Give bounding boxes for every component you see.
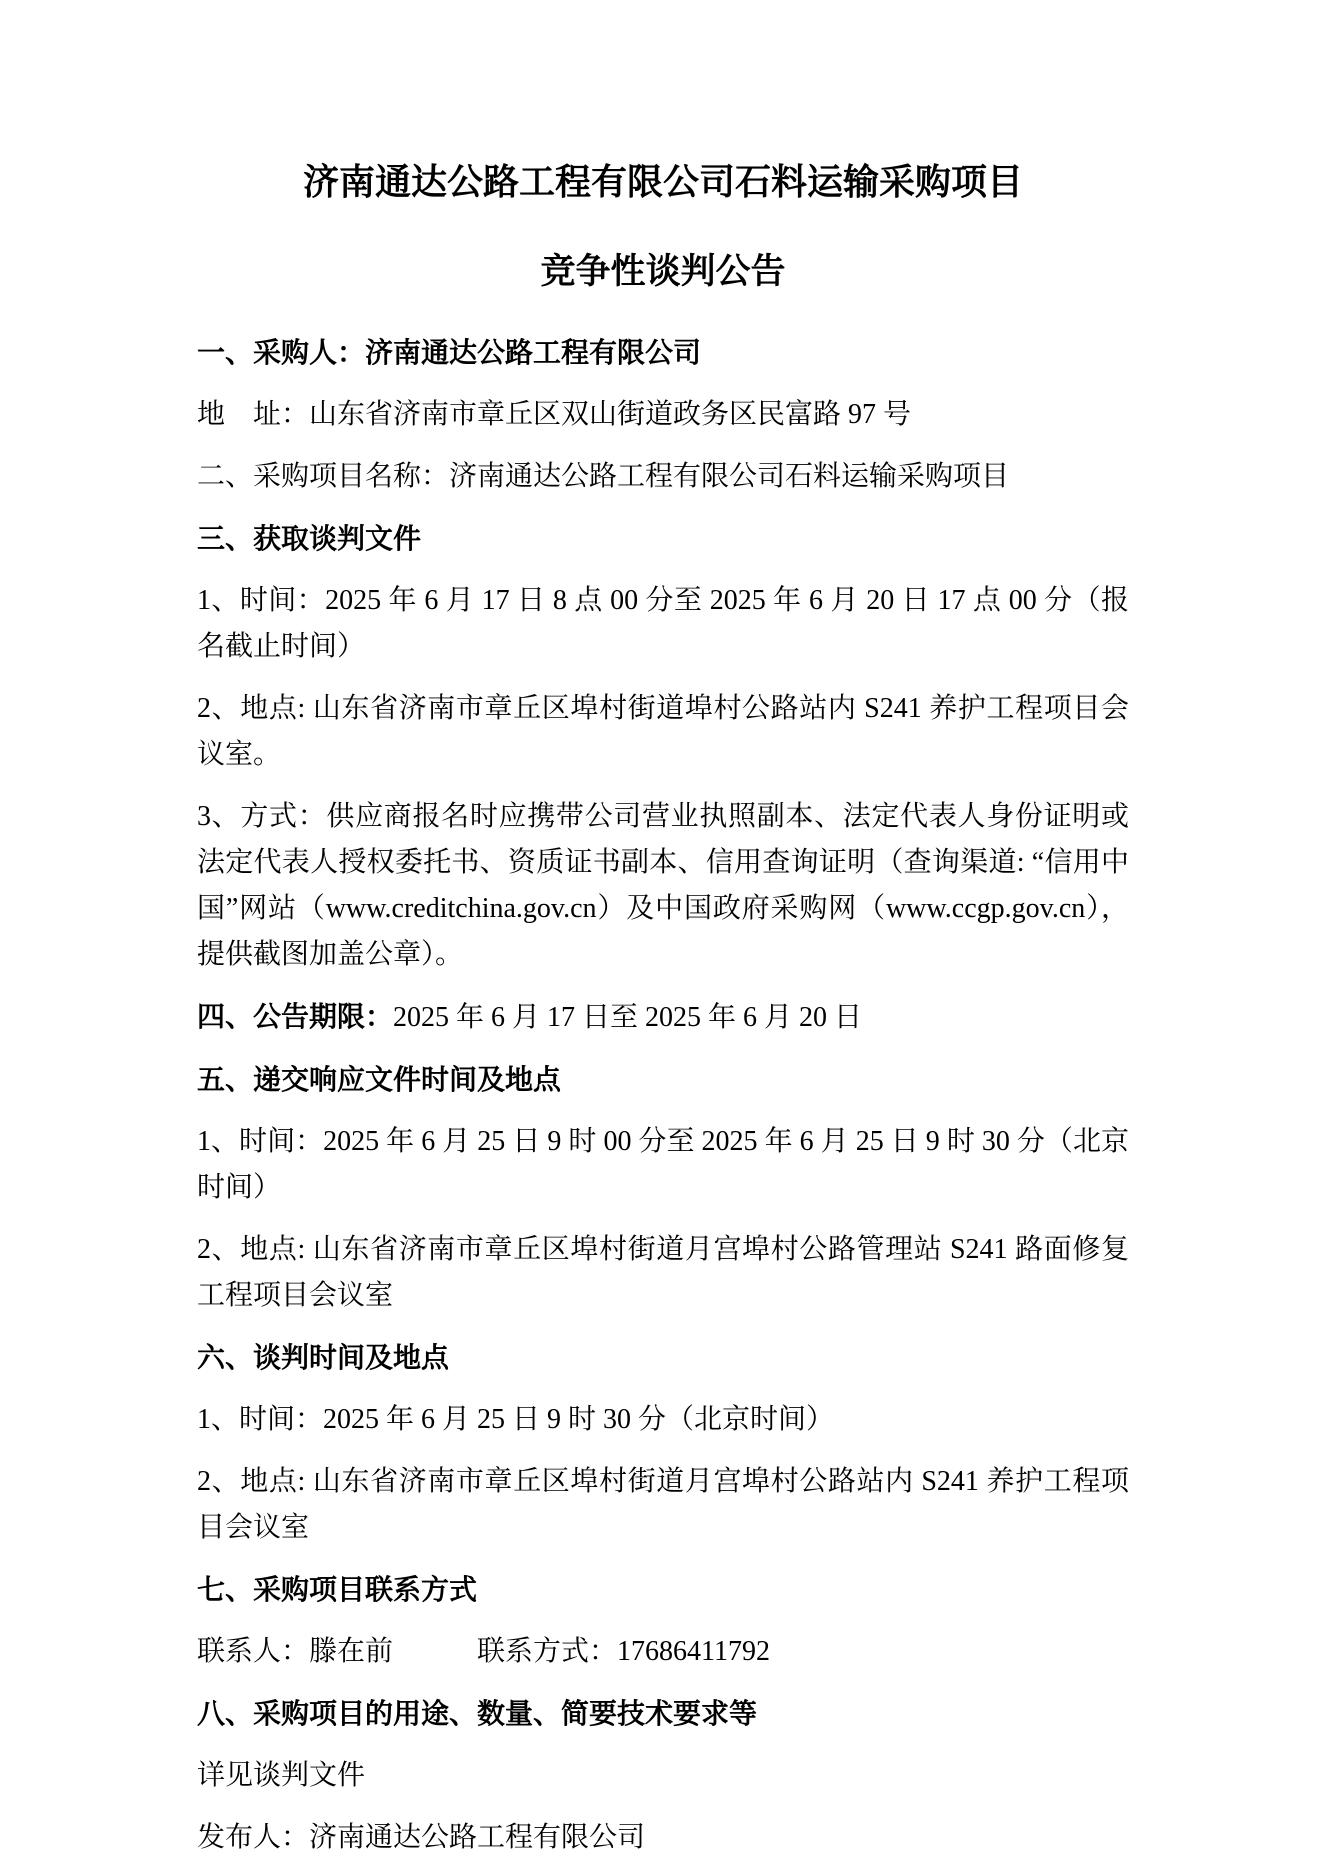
para-contact-info: 联系人：滕在前 联系方式：17686411792 <box>197 1629 1129 1675</box>
para-requirements-detail: 详见谈判文件 <box>197 1753 1129 1799</box>
section-obtain-documents-heading: 三、获取谈判文件 <box>197 516 1129 562</box>
para-publisher: 发布人：济南通达公路工程有限公司 <box>197 1815 1129 1861</box>
para-obtain-method: 3、方式：供应商报名时应携带公司营业执照副本、法定代表人身份证明或法定代表人授权… <box>197 794 1129 978</box>
para-buyer-heading: 一、采购人：济南通达公路工程有限公司 <box>197 330 1129 376</box>
para-submission-time: 1、时间：2025 年 6 月 25 日 9 时 00 分至 2025 年 6 … <box>197 1119 1129 1211</box>
para-obtain-time: 1、时间：2025 年 6 月 17 日 8 点 00 分至 2025 年 6 … <box>197 578 1129 670</box>
para-negotiation-location: 2、地点: 山东省济南市章丘区埠村街道月宫埠村公路站内 S241 养护工程项目会… <box>197 1459 1129 1551</box>
para-buyer-address: 地 址：山东省济南市章丘区双山街道政务区民富路 97 号 <box>197 392 1129 438</box>
para-submission-location: 2、地点: 山东省济南市章丘区埠村街道月宫埠村公路管理站 S241 路面修复工程… <box>197 1227 1129 1319</box>
document-subtitle: 竞争性谈判公告 <box>197 248 1129 296</box>
announcement-period-label: 四、公告期限： <box>197 1001 393 1032</box>
para-negotiation-time: 1、时间：2025 年 6 月 25 日 9 时 30 分（北京时间） <box>197 1397 1129 1443</box>
section-contact-heading: 七、采购项目联系方式 <box>197 1567 1129 1613</box>
document-title: 济南通达公路工程有限公司石料运输采购项目 <box>197 158 1129 206</box>
para-project-name: 二、采购项目名称：济南通达公路工程有限公司石料运输采购项目 <box>197 454 1129 500</box>
section-negotiation-heading: 六、谈判时间及地点 <box>197 1335 1129 1381</box>
section-requirements-heading: 八、采购项目的用途、数量、简要技术要求等 <box>197 1691 1129 1737</box>
announcement-period-value: 2025 年 6 月 17 日至 2025 年 6 月 20 日 <box>393 1002 862 1033</box>
para-obtain-location: 2、地点: 山东省济南市章丘区埠村街道埠村公路站内 S241 养护工程项目会议室… <box>197 686 1129 778</box>
section-submission-heading: 五、递交响应文件时间及地点 <box>197 1057 1129 1103</box>
document-page: 济南通达公路工程有限公司石料运输采购项目 竞争性谈判公告 一、采购人：济南通达公… <box>0 0 1323 1871</box>
para-announcement-period: 四、公告期限：2025 年 6 月 17 日至 2025 年 6 月 20 日 <box>197 994 1129 1041</box>
